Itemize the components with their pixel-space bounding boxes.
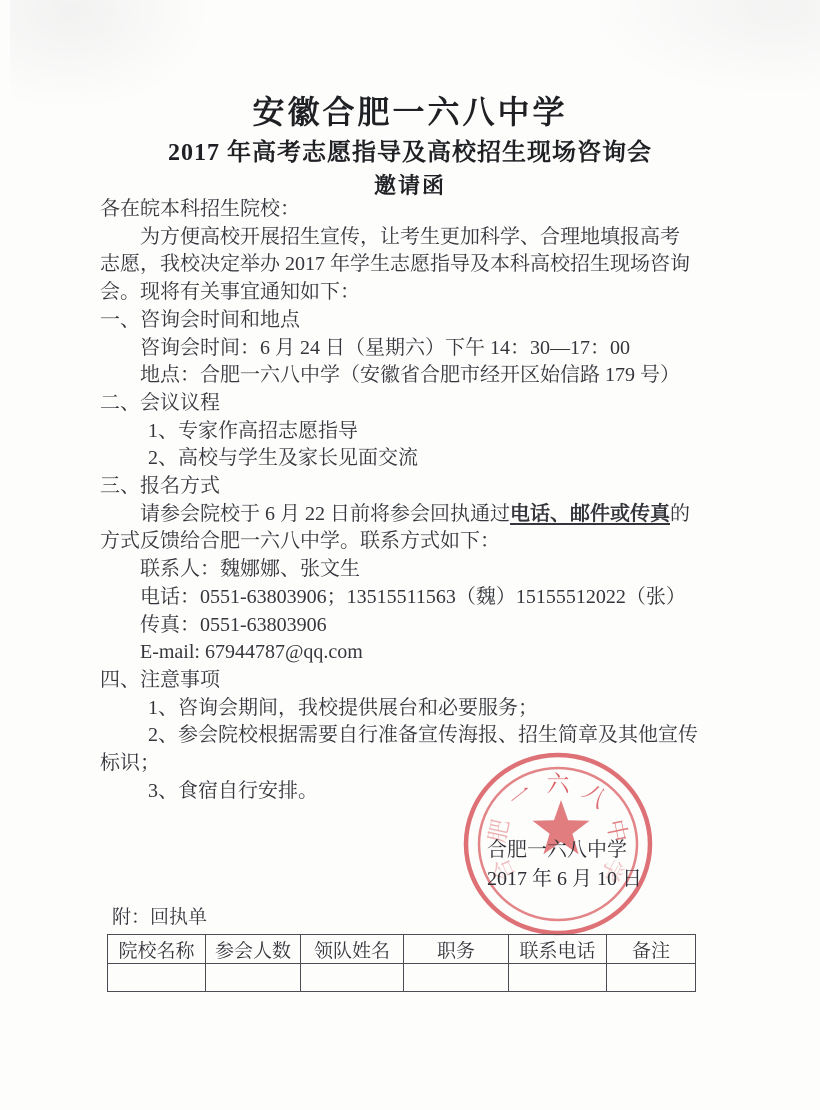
note-item-2: 2、参会院校根据需要自行准备宣传海报、招生简章及其他宣传: [100, 722, 724, 750]
table-header-row: 院校名称 参会人数 领队姓名 职务 联系电话 备注: [108, 935, 696, 964]
section-2-heading: 二、会议议程: [100, 390, 724, 418]
intro-line-2: 志愿，我校决定举办 2017 年学生志愿指导及本科高校招生现场咨询: [100, 251, 724, 279]
intro-line-1: 为方便高校开展招生宣传，让考生更加科学、合理地填报高考: [100, 224, 724, 252]
cell-school-name: [108, 964, 206, 992]
col-header-leader-name: 领队姓名: [301, 935, 404, 964]
section-3-heading: 三、报名方式: [100, 473, 724, 501]
attachment-label: 附：回执单: [112, 905, 207, 931]
cell-remarks: [607, 964, 696, 992]
invitation-letter-scan: 安徽合肥一六八中学 2017 年高考志愿指导及高校招生现场咨询会 邀请函 各在皖…: [0, 0, 820, 1110]
signature-school: 合肥一六八中学: [487, 836, 642, 865]
agenda-item-1: 1、专家作高招志愿指导: [100, 418, 724, 446]
table-row: [108, 964, 696, 992]
col-header-position: 职务: [404, 935, 509, 964]
cell-position: [404, 964, 509, 992]
intro-line-3: 会。现将有关事宜通知如下：: [100, 279, 724, 307]
reply-form-table: 院校名称 参会人数 领队姓名 职务 联系电话 备注: [107, 934, 696, 992]
section-1-heading: 一、咨询会时间和地点: [100, 307, 724, 335]
email-line: E-mail: 67944787@qq.com: [100, 639, 724, 667]
signature-date: 2017 年 6 月 10 日: [487, 865, 642, 894]
contact-person-line: 联系人：魏娜娜、张文生: [100, 556, 724, 584]
registration-line-2: 方式反馈给合肥一六八中学。联系方式如下：: [100, 528, 724, 556]
signature-block: 合肥一六八中学 2017 年 6 月 10 日: [487, 836, 642, 894]
school-title: 安徽合肥一六八中学: [90, 92, 730, 132]
cell-contact-phone: [509, 964, 607, 992]
section-4-heading: 四、注意事项: [100, 667, 724, 695]
agenda-item-2: 2、高校与学生及家长见面交流: [100, 445, 724, 473]
seal-char: 六: [547, 772, 571, 797]
cell-attendee-count: [206, 964, 301, 992]
registration-line: 请参会院校于 6 月 22 日前将参会回执通过电话、邮件或传真的: [100, 501, 724, 529]
document-header: 安徽合肥一六八中学 2017 年高考志愿指导及高校招生现场咨询会 邀请函: [90, 92, 730, 200]
col-header-contact-phone: 联系电话: [509, 935, 607, 964]
letter-body: 各在皖本科招生院校： 为方便高校开展招生宣传，让考生更加科学、合理地填报高考 志…: [100, 196, 724, 805]
col-header-attendee-count: 参会人数: [206, 935, 301, 964]
col-header-school-name: 院校名称: [108, 935, 206, 964]
meeting-time-line: 咨询会时间：6 月 24 日（星期六）下午 14：30—17：00: [100, 335, 724, 363]
phone-line: 电话：0551-63803906；13515511563（魏）151555120…: [100, 584, 724, 612]
cell-leader-name: [301, 964, 404, 992]
event-title: 2017 年高考志愿指导及高校招生现场咨询会: [90, 136, 730, 170]
registration-emphasis: 电话、邮件或传真: [510, 503, 670, 525]
meeting-location-line: 地点：合肥一六八中学（安徽省合肥市经开区始信路 179 号）: [100, 362, 724, 390]
salutation-line: 各在皖本科招生院校：: [100, 196, 724, 224]
registration-prefix: 请参会院校于 6 月 22 日前将参会回执通过: [140, 503, 510, 525]
fax-line: 传真：0551-63803906: [100, 612, 724, 640]
note-item-1: 1、咨询会期间，我校提供展台和必要服务；: [100, 695, 724, 723]
col-header-remarks: 备注: [607, 935, 696, 964]
scan-shading-top-right: [600, 0, 820, 90]
registration-suffix: 的: [670, 503, 690, 525]
